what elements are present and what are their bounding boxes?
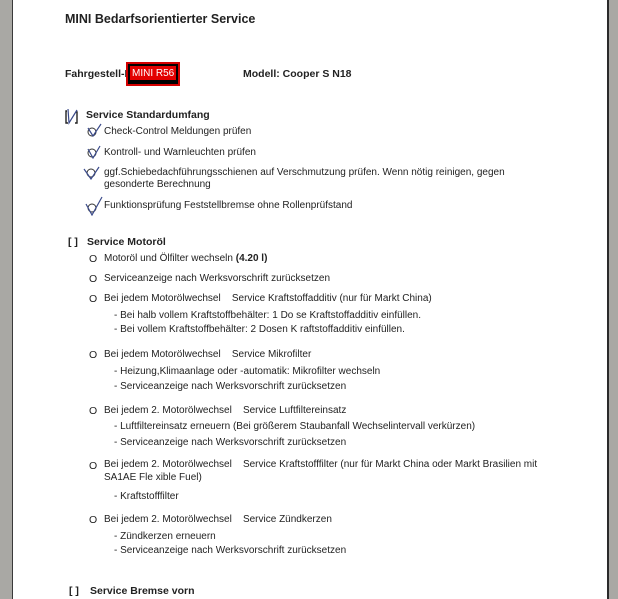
item-circle-icon[interactable]: O bbox=[89, 514, 97, 526]
document-page: MINI Bedarfsorientierter Service Fahrges… bbox=[12, 0, 609, 599]
standard-item-text: Check-Control Meldungen prüfen bbox=[104, 126, 251, 137]
motoroel-item-label: Motoröl und Ölfilter wechseln bbox=[104, 253, 233, 264]
motoroel-subitem: - Serviceanzeige nach Werksvorschrift zu… bbox=[114, 381, 346, 392]
item-circle-icon[interactable]: O bbox=[89, 293, 97, 305]
standard-item-text: Funktionsprüfung Feststellbremse ohne Ro… bbox=[104, 200, 352, 211]
motoroel-item-text: Bei jedem 2. Motorölwechsel Service Kraf… bbox=[104, 459, 537, 470]
section-checkbox-motoroel[interactable]: [ ] bbox=[68, 236, 78, 248]
section-checkbox-bremse-vorn[interactable]: [ ] bbox=[69, 585, 79, 597]
checkbox-checked-icon bbox=[65, 109, 81, 125]
item-circle-icon[interactable]: O bbox=[89, 460, 97, 472]
motoroel-subitem: - Heizung,Klimaanlage oder -automatik: M… bbox=[114, 366, 380, 377]
motoroel-subitem: - Serviceanzeige nach Werksvorschrift zu… bbox=[114, 437, 346, 448]
item-circle-icon[interactable]: O bbox=[89, 273, 97, 285]
section-title-bremse-vorn: Service Bremse vorn bbox=[90, 585, 194, 597]
motoroel-item-text: Motoröl und Ölfilter wechseln (4.20 l) bbox=[104, 253, 267, 264]
motoroel-subitem: - Serviceanzeige nach Werksvorschrift zu… bbox=[114, 545, 346, 556]
motoroel-subitem: - Luftfiltereinsatz erneuern (Bei größer… bbox=[114, 421, 475, 432]
motoroel-subitem: - Bei vollem Kraftstoffbehälter: 2 Dosen… bbox=[114, 324, 405, 335]
section-title-standard: Service Standardumfang bbox=[86, 109, 210, 121]
motoroel-item-text: Bei jedem Motorölwechsel Service Mikrofi… bbox=[104, 349, 311, 360]
motoroel-subitem: - Zündkerzen erneuern bbox=[114, 531, 216, 542]
item-check-icon bbox=[85, 196, 103, 221]
item-circle-icon[interactable]: O bbox=[89, 405, 97, 417]
standard-item-text: Kontroll- und Warnleuchten prüfen bbox=[104, 147, 256, 158]
standard-item-text: ggf.Schiebedachführungsschienen auf Vers… bbox=[104, 167, 505, 178]
motoroel-subitem: - Kraftstofffilter bbox=[114, 491, 179, 502]
chassis-redaction-label: MINI R56 bbox=[130, 66, 176, 80]
oil-capacity: (4.20 l) bbox=[236, 253, 268, 264]
standard-item-text-continued: gesonderte Berechnung bbox=[104, 179, 211, 190]
motoroel-item-text: Bei jedem 2. Motorölwechsel Service Zünd… bbox=[104, 514, 332, 525]
section-checkbox-standard[interactable] bbox=[65, 109, 81, 128]
item-circle-icon[interactable]: O bbox=[89, 349, 97, 361]
motoroel-item-text-continued: SA1AE Fle xible Fuel) bbox=[104, 472, 202, 483]
chassis-redaction-box: MINI R56 bbox=[126, 62, 180, 86]
model-label: Modell: Cooper S N18 bbox=[243, 68, 352, 80]
motoroel-subitem: - Bei halb vollem Kraftstoffbehälter: 1 … bbox=[114, 310, 421, 321]
item-check-icon bbox=[86, 123, 102, 142]
item-check-icon bbox=[86, 145, 102, 164]
item-circle-icon[interactable]: O bbox=[89, 253, 97, 265]
document-title: MINI Bedarfsorientierter Service bbox=[65, 12, 255, 26]
motoroel-item-text: Serviceanzeige nach Werksvorschrift zurü… bbox=[104, 273, 330, 284]
item-check-icon bbox=[83, 166, 101, 185]
motoroel-item-text: Bei jedem 2. Motorölwechsel Service Luft… bbox=[104, 405, 346, 416]
motoroel-item-text: Bei jedem Motorölwechsel Service Kraftst… bbox=[104, 293, 432, 304]
section-title-motoroel: Service Motoröl bbox=[87, 236, 166, 248]
